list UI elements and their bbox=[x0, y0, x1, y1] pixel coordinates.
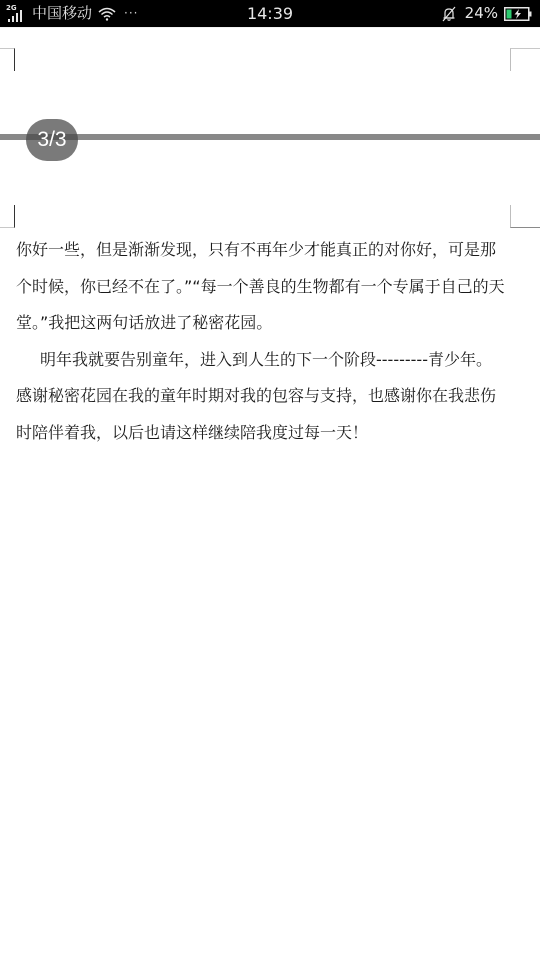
page-indicator[interactable]: 3/3 bbox=[26, 119, 78, 161]
crop-mark-bottom-left bbox=[0, 205, 15, 228]
paragraph: 你好一些，但是渐渐发现，只有不再年少才能真正的对你好，可是那 个时候，你已经不在… bbox=[16, 232, 528, 342]
battery-charging-icon bbox=[504, 7, 532, 21]
status-bar-right: 24% bbox=[441, 0, 532, 27]
text-line: 个时候，你已经不在了。”“每一个善良的生物都有一个专属于自己的天 bbox=[16, 269, 528, 306]
text-line: 你好一些，但是渐渐发现，只有不再年少才能真正的对你好，可是那 bbox=[16, 232, 528, 269]
paragraph: 明年我就要告别童年，进入到人生的下一个阶段---------青少年。 感谢秘密花… bbox=[16, 342, 528, 452]
status-bar: 2G 中国移动 ··· 14:39 24% bbox=[0, 0, 540, 27]
text-line: 明年我就要告别童年，进入到人生的下一个阶段---------青少年。 bbox=[16, 342, 528, 379]
crop-mark-top-right bbox=[510, 48, 540, 71]
document-body[interactable]: 你好一些，但是渐渐发现，只有不再年少才能真正的对你好，可是那 个时候，你已经不在… bbox=[16, 232, 528, 451]
crop-mark-top-left bbox=[0, 48, 15, 71]
text-line: 时陪伴着我，以后也请这样继续陪我度过每一天！ bbox=[16, 415, 528, 452]
bell-off-icon bbox=[441, 6, 457, 22]
page-divider bbox=[0, 134, 540, 140]
text-line: 堂。”我把这两句话放进了秘密花园。 bbox=[16, 305, 528, 342]
battery-percentage: 24% bbox=[465, 0, 498, 27]
crop-mark-bottom-right bbox=[510, 205, 540, 228]
page-number-label: 3/3 bbox=[37, 128, 66, 151]
text-line: 感谢秘密花园在我的童年时期对我的包容与支持，也感谢你在我悲伤 bbox=[16, 378, 528, 415]
page-top-edge bbox=[0, 27, 540, 28]
